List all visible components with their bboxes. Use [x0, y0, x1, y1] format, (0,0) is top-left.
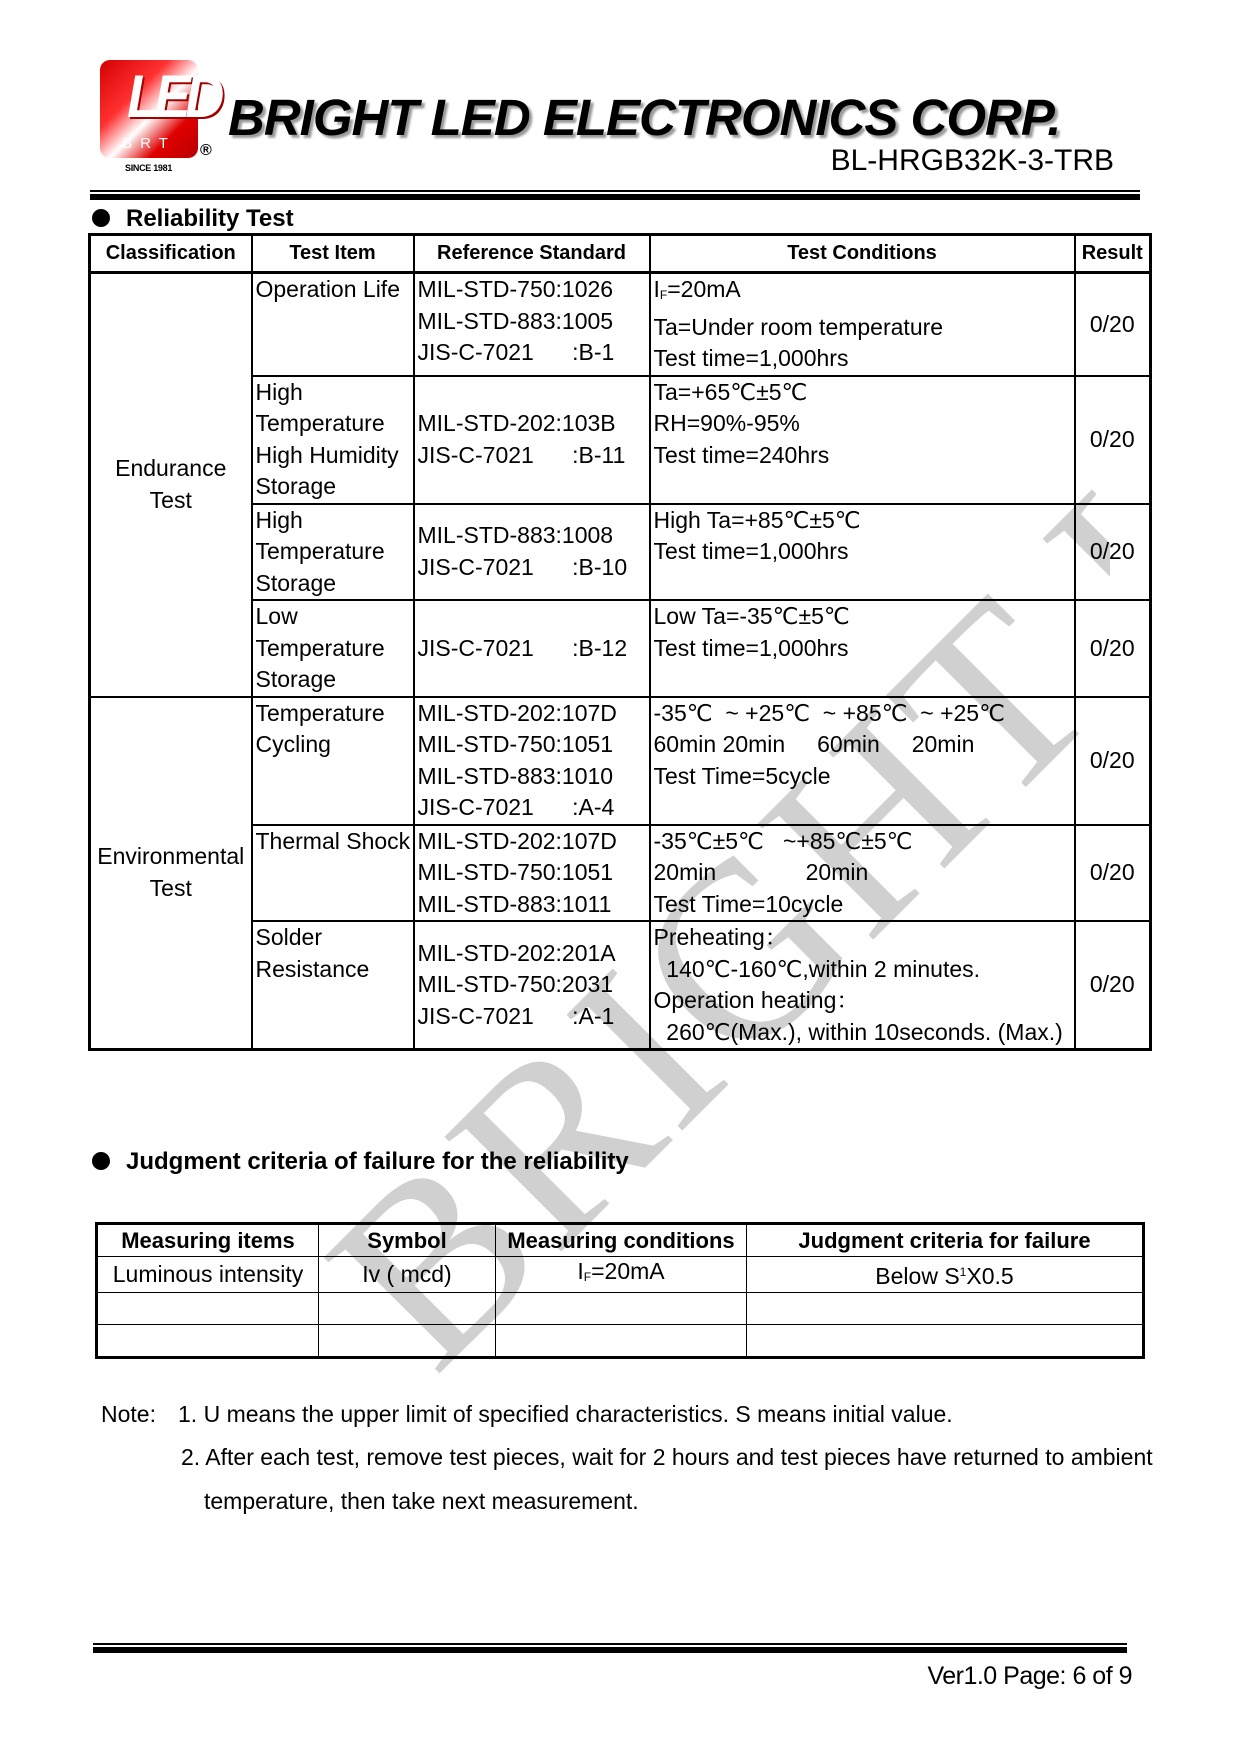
company-name: BRIGHT LED ELECTRONICS CORP. — [228, 88, 1060, 147]
table-row: EnvironmentalTestTemperatureCyclingMIL-S… — [90, 697, 1151, 825]
col-header-test-conditions: Test Conditions — [650, 235, 1075, 273]
test-item-cell: TemperatureCycling — [252, 697, 414, 825]
result-cell: 0/20 — [1075, 273, 1151, 376]
col-header-symbol: Symbol — [319, 1224, 496, 1257]
registered-mark: ® — [200, 142, 212, 160]
classification-cell: EnduranceTest — [90, 273, 252, 697]
col-header-reference-standard: Reference Standard — [414, 235, 650, 273]
measuring-condition-cell — [496, 1325, 747, 1358]
page-footer: Ver1.0 Page: 6 of 9 — [927, 1662, 1132, 1691]
test-conditions-cell: High Ta=+85℃±5℃Test time=1,000hrs — [650, 504, 1075, 601]
header-rule-thick — [90, 194, 1140, 200]
result-cell: 0/20 — [1075, 825, 1151, 922]
test-item-cell: SolderResistance — [252, 921, 414, 1050]
col-header-measuring-conditions: Measuring conditions — [496, 1224, 747, 1257]
note-item-2-continued: temperature, then take next measurement. — [204, 1487, 639, 1516]
bullet-icon — [92, 209, 110, 227]
reliability-section-title: Reliability Test — [92, 205, 294, 233]
test-conditions-cell: Ta=+65℃±5℃RH=90%-95%Test time=240hrs — [650, 376, 1075, 504]
measuring-condition-cell — [496, 1293, 747, 1325]
test-conditions-cell: -35℃ ~ +25℃ ~ +85℃ ~ +25℃60min 20min 60m… — [650, 697, 1075, 825]
col-header-measuring-items: Measuring items — [97, 1224, 319, 1257]
test-conditions-cell: IF=20mATa=Under room temperatureTest tim… — [650, 273, 1075, 376]
col-header-classification: Classification — [90, 235, 252, 273]
test-item-cell: LowTemperatureStorage — [252, 600, 414, 697]
col-header-result: Result — [1075, 235, 1151, 273]
judgment-criteria-cell — [747, 1293, 1144, 1325]
reference-standard-cell: MIL-STD-202:103BJIS-C-7021 :B-11 — [414, 376, 650, 504]
result-cell: 0/20 — [1075, 921, 1151, 1050]
measuring-item-cell — [97, 1325, 319, 1358]
test-item-cell: Operation Life — [252, 273, 414, 376]
logo-since: SINCE 1981 — [125, 163, 172, 173]
header-rule-thin — [90, 190, 1140, 192]
reference-standard-cell: MIL-STD-750:1026MIL-STD-883:1005JIS-C-70… — [414, 273, 650, 376]
reliability-table: Classification Test Item Reference Stand… — [88, 233, 1152, 1051]
judgment-header-row: Measuring items Symbol Measuring conditi… — [97, 1224, 1144, 1257]
test-item-cell: HighTemperatureHigh HumidityStorage — [252, 376, 414, 504]
judgment-criteria-cell — [747, 1325, 1144, 1358]
col-header-judgment-criteria: Judgment criteria for failure — [747, 1224, 1144, 1257]
classification-cell: EnvironmentalTest — [90, 697, 252, 1050]
logo-brt-text: BRT — [100, 135, 198, 152]
footer-rule-thin — [93, 1643, 1127, 1645]
test-conditions-cell: Preheating： 140℃-160℃,within 2 minutes.O… — [650, 921, 1075, 1050]
bullet-icon — [92, 1152, 110, 1170]
measuring-condition-cell: IF=20mA — [496, 1257, 747, 1293]
reliability-header-row: Classification Test Item Reference Stand… — [90, 235, 1151, 273]
result-cell: 0/20 — [1075, 697, 1151, 825]
test-conditions-cell: Low Ta=-35℃±5℃Test time=1,000hrs — [650, 600, 1075, 697]
logo-led-text: LED — [127, 62, 219, 131]
part-number: BL-HRGB32K-3-TRB — [831, 144, 1114, 178]
reference-standard-cell: JIS-C-7021 :B-12 — [414, 600, 650, 697]
note-item-2: 2. After each test, remove test pieces, … — [181, 1443, 1153, 1472]
reference-standard-cell: MIL-STD-202:201AMIL-STD-750:2031JIS-C-70… — [414, 921, 650, 1050]
table-row: EnduranceTestOperation LifeMIL-STD-750:1… — [90, 273, 1151, 376]
footer-rule-thick — [93, 1647, 1127, 1653]
table-row: Luminous intensityIv ( mcd)IF=20mABelow … — [97, 1257, 1144, 1293]
note-item-1: 1. U means the upper limit of specified … — [178, 1400, 953, 1429]
test-conditions-cell: -35℃±5℃ ~+85℃±5℃20min 20minTest Time=10c… — [650, 825, 1075, 922]
symbol-cell: Iv ( mcd) — [319, 1257, 496, 1293]
measuring-item-cell — [97, 1293, 319, 1325]
test-item-cell: HighTemperatureStorage — [252, 504, 414, 601]
judgment-table: Measuring items Symbol Measuring conditi… — [95, 1222, 1145, 1359]
measuring-item-cell: Luminous intensity — [97, 1257, 319, 1293]
company-logo: LED BRT — [100, 60, 198, 158]
table-row — [97, 1293, 1144, 1325]
judgment-section-title: Judgment criteria of failure for the rel… — [92, 1148, 629, 1176]
result-cell: 0/20 — [1075, 504, 1151, 601]
reference-standard-cell: MIL-STD-202:107DMIL-STD-750:1051MIL-STD-… — [414, 697, 650, 825]
note-label: Note: — [101, 1400, 156, 1429]
judgment-criteria-cell: Below S1X0.5 — [747, 1257, 1144, 1293]
symbol-cell — [319, 1293, 496, 1325]
test-item-cell: Thermal Shock — [252, 825, 414, 922]
result-cell: 0/20 — [1075, 600, 1151, 697]
table-row — [97, 1325, 1144, 1358]
reference-standard-cell: MIL-STD-202:107DMIL-STD-750:1051MIL-STD-… — [414, 825, 650, 922]
col-header-test-item: Test Item — [252, 235, 414, 273]
symbol-cell — [319, 1325, 496, 1358]
result-cell: 0/20 — [1075, 376, 1151, 504]
reference-standard-cell: MIL-STD-883:1008JIS-C-7021 :B-10 — [414, 504, 650, 601]
